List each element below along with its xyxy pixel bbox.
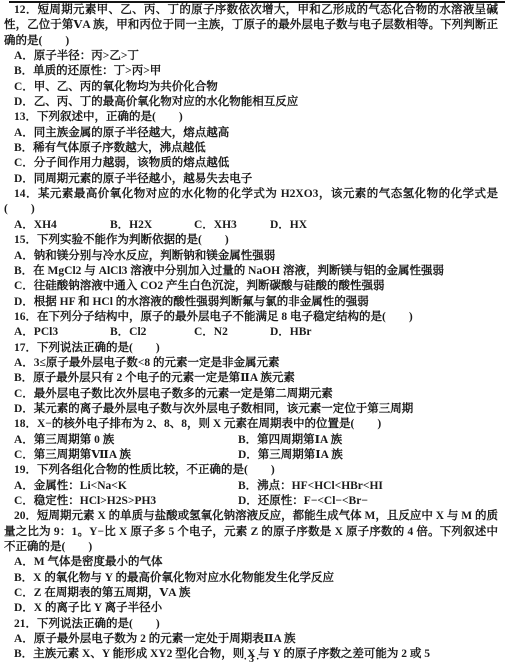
option-15-B: B．在 MgCl2 与 AlCl3 溶液中分别加入过量的 NaOH 溶液，判断镁…	[14, 264, 498, 279]
option-12-A: A．原子半径：丙>乙>丁	[14, 49, 498, 64]
option-12-B: B．单质的还原性：丁>丙>甲	[14, 64, 498, 79]
option-19-C: C．稳定性：HCl>H2S>PH3	[14, 494, 238, 509]
question-13-options: A．同主族金属的原子半径越大，熔点越高B．稀有气体原子序数越大，沸点越低C．分子…	[4, 126, 498, 187]
option-17-A: A．3≤原子最外层电子数<8 的元素一定是非金属元素	[14, 356, 498, 371]
option-21-A: A．原子最外层电子数为 2 的元素一定处于周期表ⅡA 族	[14, 632, 498, 647]
option-13-D: D．同周期元素的原子半径越小，越易失去电子	[14, 172, 498, 187]
option-19-B: B．沸点：HF<HCl<HBr<HI	[238, 479, 498, 494]
question-17: 17．下列说法正确的是( )A．3≤原子最外层电子数<8 的元素一定是非金属元素…	[4, 341, 498, 418]
option-16-C: C．N2	[194, 325, 270, 340]
option-13-A: A．同主族金属的原子半径越大，熔点越高	[14, 126, 498, 141]
question-15-stem: 15．下列实验不能作为判断依据的是( )	[4, 233, 498, 248]
option-14-C: C．XH3	[194, 218, 270, 233]
option-14-B: B．H2X	[110, 218, 194, 233]
question-14: 14．某元素最高价氧化物对应的水化物的化学式为 H2XO3，该元素的气态氢化物的…	[4, 187, 498, 233]
question-12-options: A．原子半径：丙>乙>丁B．单质的还原性：丁>丙>甲C．甲、乙、丙的氧化物均为共…	[4, 49, 498, 110]
question-20: 20．短周期元素 X 的单质与盐酸或氢氧化钠溶液反应，都能生成气体 M，且反应中…	[4, 509, 498, 616]
question-14-options: A．XH4B．H2XC．XH3D．HX	[14, 218, 498, 233]
question-20-options: A．M 气体是密度最小的气体B．X 的氧化物与 Y 的最高价氧化物对应水化物能发…	[4, 555, 498, 616]
question-19-options: A．金属性：Li<Na<KB．沸点：HF<HCl<HBr<HIC．稳定性：HCl…	[14, 479, 498, 510]
option-19-D: D．还原性：F−<Cl−<Br−	[238, 494, 498, 509]
question-12: 12．短周期元素甲、乙、丙、丁的原子序数依次增大，甲和乙形成的气态化合物的水溶液…	[4, 3, 498, 110]
option-16-B: B．Cl2	[110, 325, 194, 340]
exam-page: { "document": { "type": "exam-paper", "l…	[0, 0, 505, 671]
option-18-C: C．第三周期第ⅦA 族	[14, 448, 238, 463]
option-15-D: D．根据 HF 和 HCl 的水溶液的酸性强弱判断氟与氯的非金属性的强弱	[14, 295, 498, 310]
option-20-B: B．X 的氧化物与 Y 的最高价氧化物对应水化物能发生化学反应	[14, 571, 498, 586]
question-13: 13．下列叙述中，正确的是( )A．同主族金属的原子半径越大，熔点越高B．稀有气…	[4, 110, 498, 187]
option-14-A: A．XH4	[14, 218, 110, 233]
option-17-C: C．最外层电子数比次外层电子数多的元素一定是第二周期元素	[14, 387, 498, 402]
option-12-D: D．乙、丙、丁的最高价氧化物对应的水化物能相互反应	[14, 95, 498, 110]
question-18-stem: 18．X−的核外电子排布为 2、8、8，则 X 元素在周期表中的位置是( )	[4, 417, 498, 432]
option-18-B: B．第四周期第ⅠA 族	[238, 433, 498, 448]
question-12-stem: 12．短周期元素甲、乙、丙、丁的原子序数依次增大，甲和乙形成的气态化合物的水溶液…	[4, 3, 498, 49]
page-number: ·3·	[0, 652, 505, 667]
question-16: 16．在下列分子结构中，原子的最外层电子不能满足 8 电子稳定结构的是( )A．…	[4, 310, 498, 341]
option-12-C: C．甲、乙、丙的氧化物均为共价化合物	[14, 80, 498, 95]
question-14-stem: 14．某元素最高价氧化物对应的水化物的化学式为 H2XO3，该元素的气态氢化物的…	[4, 187, 498, 218]
option-15-A: A．钠和镁分别与冷水反应，判断钠和镁金属性强弱	[14, 249, 498, 264]
option-13-B: B．稀有气体原子序数越大，沸点越低	[14, 141, 498, 156]
question-20-stem: 20．短周期元素 X 的单质与盐酸或氢氧化钠溶液反应，都能生成气体 M，且反应中…	[4, 509, 498, 555]
question-18: 18．X−的核外电子排布为 2、8、8，则 X 元素在周期表中的位置是( )A．…	[4, 417, 498, 463]
option-19-A: A．金属性：Li<Na<K	[14, 479, 238, 494]
question-17-stem: 17．下列说法正确的是( )	[4, 341, 498, 356]
option-20-D: D．X 的离子比 Y 离子半径小	[14, 601, 498, 616]
option-16-D: D．HBr	[270, 325, 498, 340]
question-19-stem: 19．下列各组化合物的性质比较，不正确的是( )	[4, 463, 498, 478]
question-16-stem: 16．在下列分子结构中，原子的最外层电子不能满足 8 电子稳定结构的是( )	[4, 310, 498, 325]
option-17-B: B．原子最外层只有 2 个电子的元素一定是第ⅡA 族元素	[14, 371, 498, 386]
question-13-stem: 13．下列叙述中，正确的是( )	[4, 110, 498, 125]
option-18-A: A．第三周期第 0 族	[14, 433, 238, 448]
question-18-options: A．第三周期第 0 族B．第四周期第ⅠA 族C．第三周期第ⅦA 族D．第三周期第…	[14, 433, 498, 464]
option-13-C: C．分子间作用力越弱，该物质的熔点越低	[14, 156, 498, 171]
option-20-A: A．M 气体是密度最小的气体	[14, 555, 498, 570]
question-21-stem: 21．下列说法正确的是( )	[4, 617, 498, 632]
question-17-options: A．3≤原子最外层电子数<8 的元素一定是非金属元素B．原子最外层只有 2 个电…	[4, 356, 498, 417]
question-16-options: A．PCl3B．Cl2C．N2D．HBr	[14, 325, 498, 340]
option-14-D: D．HX	[270, 218, 498, 233]
option-16-A: A．PCl3	[14, 325, 110, 340]
question-15-options: A．钠和镁分别与冷水反应，判断钠和镁金属性强弱B．在 MgCl2 与 AlCl3…	[4, 249, 498, 310]
option-15-C: C．往硅酸钠溶液中通入 CO2 产生白色沉淀，判断碳酸与硅酸的酸性强弱	[14, 279, 498, 294]
option-20-C: C．Z 在周期表的第五周期，ⅤA 族	[14, 586, 498, 601]
option-18-D: D．第三周期第ⅠA 族	[238, 448, 498, 463]
question-15: 15．下列实验不能作为判断依据的是( )A．钠和镁分别与冷水反应，判断钠和镁金属…	[4, 233, 498, 310]
document-body: 12．短周期元素甲、乙、丙、丁的原子序数依次增大，甲和乙形成的气态化合物的水溶液…	[4, 3, 498, 663]
option-17-D: D．某元素的离子最外层电子数与次外层电子数相同，该元素一定位于第三周期	[14, 402, 498, 417]
question-19: 19．下列各组化合物的性质比较，不正确的是( )A．金属性：Li<Na<KB．沸…	[4, 463, 498, 509]
